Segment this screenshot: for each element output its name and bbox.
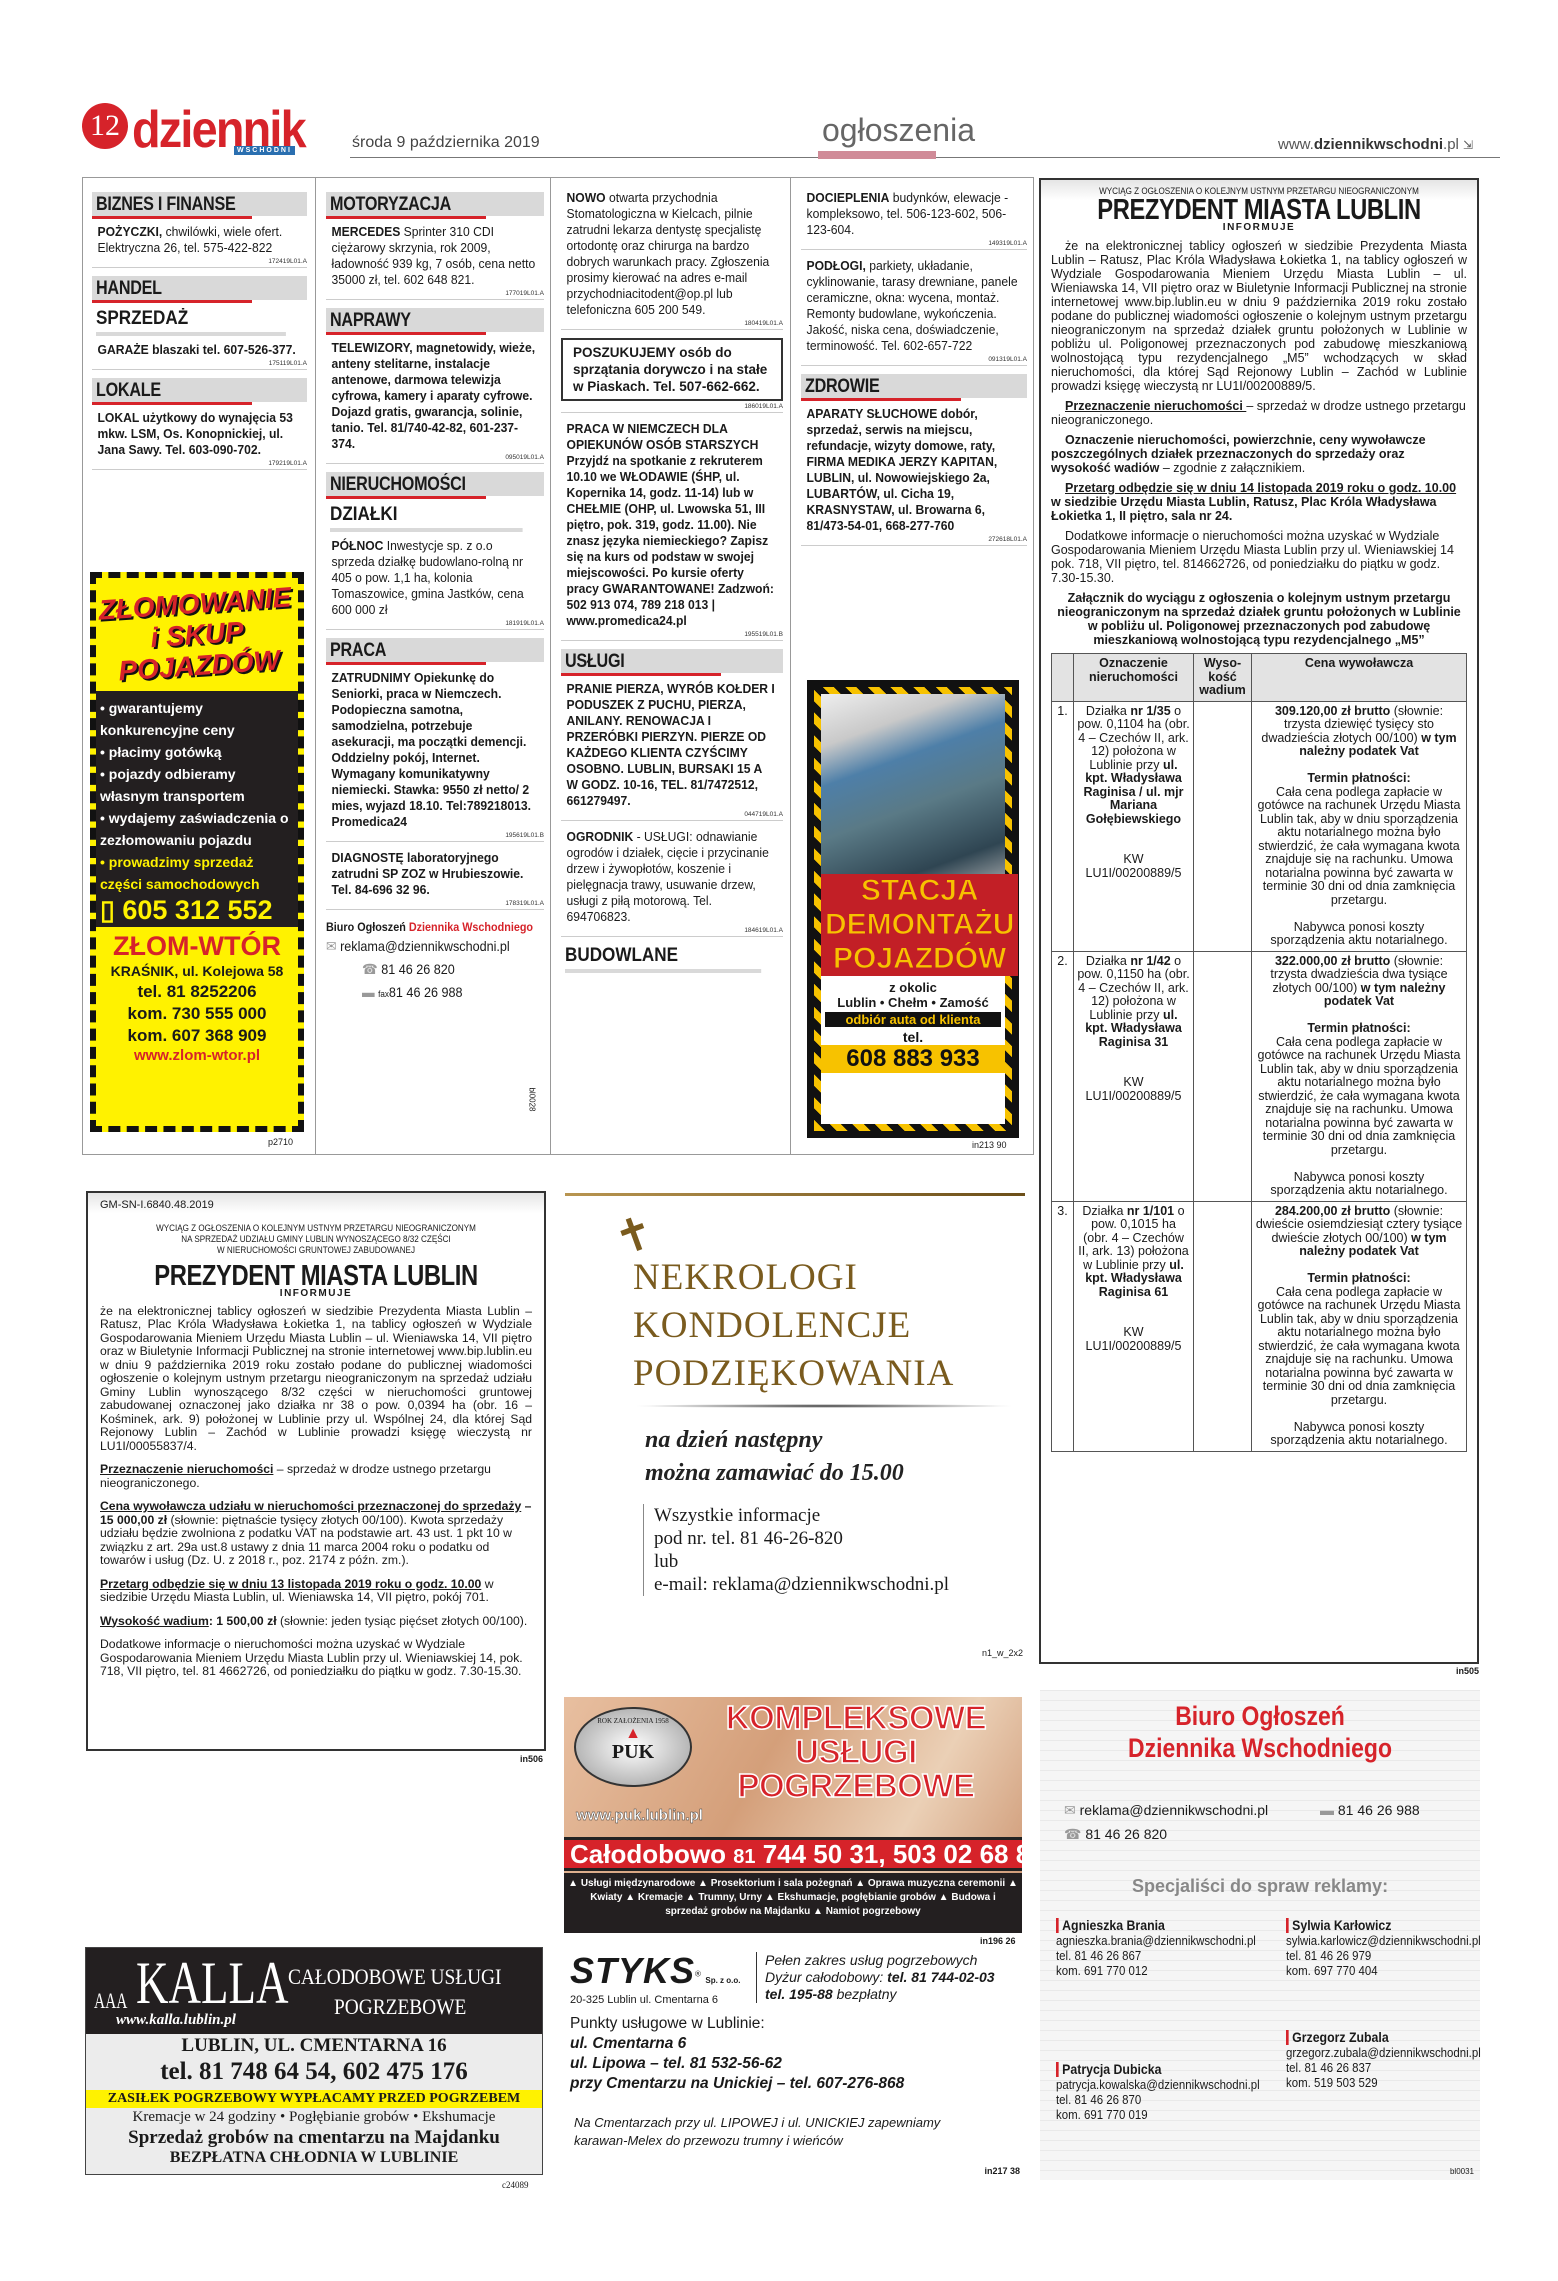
column-divider (550, 177, 551, 1155)
issue-date: środa 9 października 2019 (352, 134, 540, 152)
paragraph-text: – zgodnie z załącznikiem. (1159, 461, 1305, 475)
zlom-tel: tel. 81 8252206 (96, 981, 298, 1003)
announcement-title: PREZYDENT MIASTA LUBLIN (139, 1270, 493, 1284)
announcement-kicker: NA SPRZEDAŻ UDZIAŁU GMINY LUBLIN WYNOSZĄ… (122, 1234, 511, 1245)
stacja-phone: 608 883 933 (821, 1045, 1005, 1073)
column-2: MOTORYZACJA MERCEDES Sprinter 310 CDI ci… (326, 192, 544, 1000)
zlom-address: KRAŚNIK, ul. Kolejowa 58 (96, 962, 298, 981)
specialist-kom: kom. 691 770 012 (1056, 1963, 1256, 1978)
category-header: USŁUGI (561, 649, 783, 673)
ad-text: otwarta przychodnia Stomatologiczna w Ki… (567, 190, 770, 317)
ad-code: 195519L01.B (561, 631, 783, 641)
company-suffix: Sp. z o.o. (705, 1976, 740, 1985)
classified-ad: PRANIE PIERZA, WYRÓB KOŁDER I PODUSZEK Z… (561, 681, 782, 809)
bar-label: Całodobowo (570, 1839, 726, 1869)
specialist-kom: kom. 519 503 529 (1286, 2075, 1481, 2090)
classified-ad: PRACA W NIEMCZECH DLA OPIEKUNÓW OSÓB STA… (561, 421, 782, 629)
fax-label: fax (378, 989, 389, 999)
specialists-heading: Specjaliści do spraw reklamy: (1040, 1876, 1480, 1897)
announcement-paragraph: Przetarg odbędzie się w dniu 14 listopad… (1051, 481, 1467, 523)
classified-ad: APARATY SŁUCHOWE dobór, sprzedaż, serwis… (801, 406, 1026, 534)
category-title: USŁUGI (565, 651, 624, 673)
ad-code: 177019L01.A (326, 290, 544, 300)
wadium (1194, 701, 1252, 951)
category-header: NAPRAWY (326, 308, 544, 332)
page-number: 12 (82, 103, 128, 149)
classified-ad: DOCIEPLENIA budynków, elewacje - komplek… (801, 190, 1026, 238)
biuro-title: Biuro Ogłoszeń (326, 920, 409, 934)
announcement-paragraph: Oznaczenie nieruchomości, powierzchnie, … (1051, 433, 1467, 475)
announcement-kicker: W NIERUCHOMOŚCI GRUNTOWEJ ZABUDOWANEJ (122, 1245, 511, 1256)
points-heading: Punkty usługowe w Lublinie: (570, 2014, 904, 2034)
scrapyard-photo (821, 694, 1005, 894)
kalla-line: BEZPŁATNA CHŁODNIA W LUBLINIE (86, 2148, 542, 2167)
gold-divider (565, 1193, 1025, 1196)
specialist-email[interactable]: patrycja.kowalska@dziennikwschodni.pl (1056, 2077, 1260, 2092)
newspaper-logo-sub: WSCHODNI (234, 146, 295, 155)
classified-ad: PÓŁNOC Inwestycje sp. z o.o sprzeda dzia… (326, 538, 543, 618)
col-header: Cena wywoławcza (1252, 654, 1467, 702)
category-title: BIZNES I FINANSE (96, 194, 235, 216)
cursor-icon: ⇲ (1463, 138, 1473, 152)
category-header: ZDROWIE (801, 374, 1027, 398)
puk-services: ▲ Usługi międzynarodowe ▲ Prosektorium i… (564, 1873, 1022, 1933)
payment-terms-heading: Termin płatności: (1307, 771, 1410, 785)
benefit-item: • pojazdy odbieramy własnym transportem (100, 763, 294, 807)
paragraph-emphasis: Przeznaczenie nieruchomości (1065, 399, 1246, 413)
specialist-name: Patrycja Dubicka (1056, 2062, 1260, 2077)
category-title: PRACA (330, 640, 386, 662)
specialist-kom: kom. 697 770 404 (1286, 1963, 1481, 1978)
zlom-company-name: ZŁOM-WTÓR (96, 931, 298, 962)
telephone-icon: ☎ (362, 961, 378, 977)
ad-lead: POŻYCZKI, (98, 224, 163, 239)
ad-lead: PODŁOGI, (807, 258, 866, 273)
announcement-paragraph: Przeznaczenie nieruchomości – sprzedaż w… (1051, 399, 1467, 427)
stacja-cities: Lublin • Chełm • Zamość (821, 995, 1005, 1010)
specialist-card: Patrycja Dubicka patrycja.kowalska@dzien… (1056, 2062, 1260, 2122)
payment-terms: Cała cena podlega zapłacie w gotówce na … (1258, 1285, 1461, 1407)
costs-note: Nabywca ponosi koszty sporządzenia aktu … (1270, 1170, 1447, 1198)
kalla-services: CAŁODOBOWE USŁUGI (288, 1964, 501, 1990)
ad-code: 178319L01.A (326, 900, 544, 910)
classified-ad: TELEWIZORY, magnetowidy, wieże, anteny s… (326, 340, 543, 452)
ad-code: in196 26 (980, 1936, 1016, 1946)
puk-title-line: POGRZEBOWE (696, 1769, 1016, 1803)
ad-code: 272618L01.A (801, 536, 1027, 546)
ad-code: bl0031 (1450, 2167, 1474, 2176)
biuro-title-red: Dziennika Wschodniego (409, 920, 533, 934)
announcement-kicker: WYCIĄG Z OGŁOSZENIA O KOLEJNYM USTNYM PR… (122, 1223, 511, 1234)
subcategory-title: SPRZEDAŻ (96, 308, 286, 336)
price: 284.200,00 zł brutto (1275, 1204, 1390, 1218)
announcement-paragraph: Przeznaczenie nieruchomości – sprzedaż w… (100, 1463, 532, 1490)
prezydent-announcement-left: GM-SN-I.6840.48.2019 WYCIĄG Z OGŁOSZENIA… (86, 1191, 546, 1751)
stacja-pickup: odbiór auta od klienta (825, 1012, 1001, 1027)
kalla-header: AAA KALLA www.kalla.lublin.pl CAŁODOBOWE… (86, 1948, 542, 2034)
ad-code: 149319L01.A (801, 240, 1027, 250)
boxed-ad: POSZUKUJEMY osób do sprzątania dorywczo … (561, 338, 783, 401)
fax-icon: ▬ (1320, 1802, 1334, 1818)
biuro-phone: 81 46 26 820 (381, 961, 455, 977)
mobile-phone-icon: ▯ (100, 895, 115, 925)
payment-terms: Cała cena podlega zapłacie w gotówce na … (1258, 785, 1461, 907)
styks-phone: tel. 195-88 (765, 1986, 833, 2002)
nekrologi-line: KONDOLENCJE (633, 1302, 1025, 1350)
puk-title: KOMPLEKSOWEUSŁUGIPOGRZEBOWE (696, 1701, 1016, 1803)
wadium (1194, 1201, 1252, 1451)
contact-line: Wszystkie informacje (654, 1504, 1025, 1527)
announcement-paragraph: Dodatkowe informacje o nieruchomości moż… (100, 1638, 532, 1679)
column-1: BIZNES I FINANSE POŻYCZKI, chwilówki, wi… (92, 192, 307, 478)
zlom-kom: kom. 730 555 000 (96, 1003, 298, 1025)
biuro-fax: 81 46 26 988 (1338, 1802, 1420, 1818)
nekrologi-ad: ✝ NEKROLOGI KONDOLENCJE PODZIĘKOWANIA na… (565, 1190, 1025, 1660)
specialist-name: Grzegorz Zubala (1286, 2030, 1481, 2045)
plot-description: Działka nr 1/101 o pow. 0,1015 ha (obr. … (1074, 1201, 1194, 1451)
category-header: MOTORYZACJA (326, 192, 544, 216)
announcement-paragraph: że na elektronicznej tablicy ogłoszeń w … (100, 1305, 532, 1454)
envelope-icon: ✉ (1064, 1802, 1076, 1818)
col-header (1052, 654, 1074, 702)
stacja-demontazu-ad: STACJADEMONTAŻUPOJAZDÓW z okolic Lublin … (807, 680, 1019, 1138)
classified-ad: LOKAL użytkowy do wynajęcia 53 mkw. LSM,… (92, 410, 306, 458)
category-header: PRACA (326, 638, 544, 662)
ad-code: in505 (1456, 1666, 1479, 1676)
service-point: przy Cmentarzu na Unickiej – tel. 607-27… (570, 2074, 904, 2094)
url-domain: dziennikwschodni (1314, 136, 1443, 153)
styks-line: Dyżur całodobowy: (765, 1969, 887, 1985)
nekrologi-deadline: na dzień następny można zamawiać do 15.0… (645, 1424, 1025, 1490)
kalla-body: LUBLIN, UL. CMENTARNA 16 tel. 81 748 64 … (86, 2034, 542, 2174)
classified-ad: POŻYCZKI, chwilówki, wiele ofert. Elektr… (92, 224, 306, 256)
kalla-address: LUBLIN, UL. CMENTARNA 16 (86, 2034, 542, 2058)
ad-headline: PRACA W NIEMCZECH DLA OPIEKUNÓW OSÓB STA… (567, 421, 777, 453)
ad-code: 181919L01.A (326, 620, 544, 630)
zlom-phone: ▯ 605 312 552 (100, 899, 294, 921)
row-number: 3. (1052, 1201, 1074, 1451)
ad-code: p2710 (268, 1137, 293, 1147)
announcement-paragraph: Wysokość wadium: 1 500,00 zł (słownie: j… (100, 1615, 532, 1629)
styks-phone: tel. 81 744-02-03 (887, 1969, 994, 1985)
specialist-tel: tel. 81 46 26 837 (1286, 2060, 1481, 2075)
paragraph-emphasis: Przetarg odbędzie się w dniu 14 listopad… (1065, 481, 1456, 495)
ad-code: in213 90 (972, 1140, 1007, 1150)
shadow-divider (633, 1404, 1015, 1408)
envelope-icon: ✉ (326, 938, 337, 954)
styks-logo: STYKS (570, 1950, 695, 1991)
biuro-fax-row: ▬ 81 46 26 988 (1320, 1802, 1420, 1818)
paragraph-emphasis: Wysokość wadium (100, 1614, 209, 1628)
puk-logo: ROK ZAŁOŻENIA 1958 ▲ PUK (574, 1707, 692, 1787)
specialist-card: Sylwia Karłowicz sylwia.karlowicz@dzienn… (1286, 1918, 1481, 1978)
puk-title-line: KOMPLEKSOWE (696, 1701, 1016, 1735)
zlom-benefits: • gwarantujemy konkurencyjne ceny • płac… (96, 691, 298, 927)
announcement-paragraph: że na elektronicznej tablicy ogłoszeń w … (1051, 239, 1467, 393)
wadium (1194, 951, 1252, 1201)
ad-code: n1_w_2x2 (982, 1648, 1023, 1658)
ad-code: 184619L01.A (561, 927, 783, 937)
classified-ad: MERCEDES Sprinter 310 CDI ciężarowy skrz… (326, 224, 543, 288)
service-point: ul. Lipowa – tel. 81 532-56-62 (570, 2054, 904, 2074)
plot-number: nr 1/35 (1130, 704, 1170, 718)
kalla-funeral-ad: AAA KALLA www.kalla.lublin.pl CAŁODOBOWE… (85, 1947, 543, 2175)
specialist-email[interactable]: agnieszka.brania@dziennikwschodni.pl (1056, 1933, 1256, 1948)
biuro-ogloszen-ad: Biuro Ogłoszeń Dziennika Wschodniego ✉ r… (1040, 1690, 1480, 2180)
payment-terms-heading: Termin płatności: (1307, 1271, 1410, 1285)
category-header: BIZNES I FINANSE (92, 192, 307, 216)
classified-ad: PODŁOGI, parkiety, układanie, cyklinowan… (801, 258, 1026, 354)
cell-text: Działka (1086, 704, 1130, 718)
styks-points: Punkty usługowe w Lublinie: ul. Cmentarn… (570, 2014, 904, 2094)
land-register: KW LU1I/00200889/5 (1086, 1325, 1182, 1353)
stacja-title: STACJADEMONTAŻUPOJAZDÓW (821, 874, 1018, 976)
nekrologi-line: NEKROLOGI (633, 1254, 1025, 1302)
kalla-services: POGRZEBOWE (334, 1994, 466, 2020)
kalla-aaa: AAA (94, 1988, 127, 2014)
land-register: KW LU1I/00200889/5 (1086, 1075, 1182, 1103)
biuro-email-row: ✉ reklama@dziennikwschodni.pl (1064, 1802, 1268, 1819)
registered-mark: ® (695, 1970, 701, 1979)
cell-text: Działka (1086, 954, 1130, 968)
specialist-card: Agnieszka Brania agnieszka.brania@dzienn… (1056, 1918, 1256, 1978)
kalla-line: Sprzedaż grobów na cmentarzu na Majdanku (86, 2127, 542, 2148)
service-point: ul. Cmentarna 6 (570, 2034, 904, 2054)
ad-lead: POSZUKUJEMY (573, 345, 676, 360)
puk-funeral-ad: ROK ZAŁOŻENIA 1958 ▲ PUK KOMPLEKSOWEUSŁU… (564, 1697, 1022, 1933)
row-number: 2. (1052, 951, 1074, 1201)
wadium-amount: : 1 500,00 zł (209, 1614, 277, 1628)
logo-arc-text: ROK ZAŁOŻENIA 1958 (576, 1717, 690, 1725)
category-header: HANDEL (92, 276, 307, 300)
ad-code: bl0028 (528, 1087, 537, 1111)
website-link[interactable]: www.dziennikwschodni.pl ⇲ (1278, 136, 1473, 153)
costs-note: Nabywca ponosi koszty sporządzenia aktu … (1270, 920, 1447, 948)
styks-contact: Pełen zakres usług pogrzebowych Dyżur ca… (756, 1952, 995, 2003)
biuro-email[interactable]: reklama@dziennikwschodni.pl (340, 938, 510, 954)
styks-address: 20-325 Lublin ul. Cmentarna 6 (570, 1994, 745, 2006)
biuro-title: Biuro Ogłoszeń (1073, 1700, 1447, 1732)
specialist-tel: tel. 81 46 26 979 (1286, 1948, 1481, 1963)
announcement-paragraph: Przetarg odbędzie się w dniu 13 listopad… (100, 1578, 532, 1605)
ad-code: 195619L01.B (326, 832, 544, 842)
col-header: Wyso-kość wadium (1194, 654, 1252, 702)
benefit-item: • wydajemy zaświadczenia o zezłomowaniu … (100, 807, 294, 851)
styks-line: bezpłatny (833, 1986, 897, 2002)
deadline-line: na dzień następny (645, 1424, 1025, 1457)
reference-number: GM-SN-I.6840.48.2019 (100, 1199, 532, 1213)
kalla-website[interactable]: www.kalla.lublin.pl (116, 2012, 236, 2029)
styks-note: Na Cmentarzach przy ul. LIPOWEJ i ul. UN… (574, 2114, 994, 2150)
plot-description: Działka nr 1/35 o pow. 0,1104 ha (obr. 4… (1074, 701, 1194, 951)
paragraph-emphasis: Cena wywoławcza udziału w nieruchomości … (100, 1499, 521, 1513)
fax-icon: ▬ (362, 984, 375, 1000)
category-title: ZDROWIE (805, 376, 879, 398)
ad-code: 172419L01.A (92, 258, 307, 268)
bar-numbers: 744 50 31, 503 02 68 83 (763, 1839, 1045, 1869)
deadline-line: można zamawiać do 15.00 (645, 1457, 1025, 1490)
plots-table: Oznaczenie nieruchomości Wyso-kość wadiu… (1051, 653, 1467, 1452)
biuro-phone-row: ☎ 81 46 26 820 (1064, 1826, 1167, 1843)
specialist-tel: tel. 81 46 26 867 (1056, 1948, 1256, 1963)
category-title: NAPRAWY (330, 310, 411, 332)
classified-ad: ZATRUDNIMY Opiekunkę do Seniorki, praca … (326, 670, 543, 830)
category-title: MOTORYZACJA (330, 194, 451, 216)
table-row: 3. Działka nr 1/101 o pow. 0,1015 ha (ob… (1052, 1201, 1467, 1451)
paragraph-emphasis: Przetarg odbędzie się w dniu 13 listopad… (100, 1577, 481, 1591)
specialist-card: Grzegorz Zubala grzegorz.zubala@dziennik… (1286, 2030, 1481, 2090)
prezydent-announcement-right: WYCIĄG Z OGŁOSZENIA O KOLEJNYM USTNYM PR… (1039, 178, 1479, 1664)
contact-line: pod nr. tel. 81 46-26-820 (654, 1527, 1025, 1550)
price-cell: 322.000,00 zł brutto (słownie: trzysta d… (1252, 951, 1467, 1201)
styks-line: Pełen zakres usług pogrzebowych (765, 1952, 995, 1969)
styks-logo-block: STYKS® Sp. z o.o. 20-325 Lublin ul. Cmen… (570, 1950, 745, 2006)
kalla-zasilek: ZASIŁEK POGRZEBOWY WYPŁACAMY PRZED POGRZ… (86, 2090, 542, 2108)
price-cell: 309.120,00 zł brutto (słownie: trzysta d… (1252, 701, 1467, 951)
column-divider (315, 177, 316, 1155)
biuro-phone: 81 46 26 820 (1085, 1826, 1167, 1842)
biuro-title: Dziennika Wschodniego (1073, 1732, 1447, 1764)
ad-code: 175119L01.A (92, 360, 307, 370)
zlom-title: ZŁOMOWANIEi SKUPPOJAZDÓW (93, 581, 301, 688)
bar-prefix: 81 (733, 1846, 755, 1868)
specialist-name: Agnieszka Brania (1056, 1918, 1256, 1933)
zlom-website[interactable]: www.zlom-wtor.pl (96, 1047, 298, 1064)
specialist-email[interactable]: grzegorz.zubala@dziennikwschodni.pl (1286, 2045, 1481, 2060)
biuro-email[interactable]: reklama@dziennikwschodni.pl (1080, 1802, 1269, 1818)
column-4: DOCIEPLENIA budynków, elewacje - komplek… (801, 190, 1027, 554)
col-header: Oznaczenie nieruchomości (1074, 654, 1194, 702)
puk-phone-bar: Całodobowo 81 744 50 31, 503 02 68 83 (564, 1837, 1022, 1871)
subcategory-title: DZIAŁKI (330, 504, 523, 532)
paragraph-text: w siedzibie Urzędu Miasta Lublin, Ratusz… (1051, 495, 1437, 523)
stacja-title-line: STACJA (825, 874, 1014, 908)
ad-code: 044719L01.A (561, 811, 783, 821)
contact-line: lub (654, 1550, 1025, 1573)
plot-description: Działka nr 1/42 o pow. 0,1150 ha (obr. 4… (1074, 951, 1194, 1201)
specialist-kom: kom. 691 770 019 (1056, 2107, 1260, 2122)
zlom-wtor-ad: ZŁOMOWANIEi SKUPPOJAZDÓW • gwarantujemy … (90, 572, 304, 1132)
costs-note: Nabywca ponosi koszty sporządzenia aktu … (1270, 1420, 1447, 1448)
puk-title-line: USŁUGI (696, 1735, 1016, 1769)
payment-terms: Cała cena podlega zapłacie w gotówce na … (1258, 1035, 1461, 1157)
specialist-name: Sylwia Karłowicz (1286, 1918, 1481, 1933)
stacja-title-line: DEMONTAŻU (825, 908, 1014, 942)
url-prefix: www. (1278, 136, 1314, 153)
nekrologi-line: PODZIĘKOWANIA (633, 1350, 1025, 1398)
telephone-icon: ☎ (1064, 1826, 1081, 1842)
styks-funeral-ad: STYKS® Sp. z o.o. 20-325 Lublin ul. Cmen… (568, 1950, 1026, 2190)
price: 309.120,00 zł brutto (1275, 704, 1390, 718)
classified-ad: NOWO otwarta przychodnia Stomatologiczna… (561, 190, 782, 318)
ad-text: Przyjdź na spotkanie z rekruterem 10.10 … (567, 453, 777, 629)
kalla-phone: tel. 81 748 64 54, 602 475 176 (86, 2058, 542, 2086)
benefit-item: • płacimy gotówką (100, 741, 294, 763)
contact-email[interactable]: e-mail: reklama@dziennikwschodni.pl (654, 1573, 1025, 1596)
category-header: NIERUCHOMOŚCI (326, 472, 544, 496)
stacja-tel-label: tel. (821, 1029, 1005, 1045)
specialist-email[interactable]: sylwia.karlowicz@dziennikwschodni.pl (1286, 1933, 1481, 1948)
column-divider (790, 177, 791, 1155)
biuro-fax: 81 46 26 988 (389, 984, 463, 1000)
ad-code: 180419L01.A (561, 320, 783, 330)
land-register: KW LU1I/00200889/5 (1086, 852, 1182, 880)
table-header-row: Oznaczenie nieruchomości Wyso-kość wadiu… (1052, 654, 1467, 702)
stacja-sub: z okolic (821, 980, 1005, 995)
column-3: NOWO otwarta przychodnia Stomatologiczna… (561, 190, 783, 979)
nekrologi-contact: Wszystkie informacje pod nr. tel. 81 46-… (643, 1504, 1025, 1596)
phone-number: 605 312 552 (122, 895, 272, 925)
payment-terms-heading: Termin płatności: (1307, 1021, 1410, 1035)
kalla-name: KALLA (136, 1950, 288, 2016)
ad-code: 091319L01.A (801, 356, 1027, 366)
table-row: 2. Działka nr 1/42 o pow. 0,1150 ha (obr… (1052, 951, 1467, 1201)
stacja-title-line: POJAZDÓW (825, 942, 1014, 976)
puk-website[interactable]: www.puk.lublin.pl (576, 1807, 703, 1824)
plot-number: nr 1/42 (1130, 954, 1170, 968)
price-cell: 284.200,00 zł brutto (słownie: dwieście … (1252, 1201, 1467, 1451)
ad-lead: DOCIEPLENIA (807, 190, 890, 205)
stacja-inner: STACJADEMONTAŻUPOJAZDÓW z okolic Lublin … (821, 694, 1005, 1124)
category-header: LOKALE (92, 378, 307, 402)
url-suffix: .pl (1443, 136, 1459, 153)
ad-code: in506 (520, 1754, 543, 1764)
logo-text: PUK (576, 1743, 690, 1761)
ad-code: 179219L01.A (92, 460, 307, 470)
classified-ad: DIAGNOSTĘ laboratoryjnego zatrudni SP ZO… (326, 850, 543, 898)
kalla-line: Kremacje w 24 godziny • Pogłębianie grob… (86, 2108, 542, 2127)
nekrologi-headings: NEKROLOGI KONDOLENCJE PODZIĘKOWANIA (633, 1254, 1025, 1398)
ad-code: in217 38 (984, 2166, 1020, 2176)
section-title: ogłoszenia (822, 112, 975, 149)
category-title: LOKALE (96, 380, 161, 402)
announcement-paragraph: Załącznik do wyciągu z ogłoszenia o kole… (1051, 591, 1467, 647)
ad-lead: MERCEDES (332, 224, 401, 239)
announcement-title: PREZYDENT MIASTA LUBLIN (1088, 203, 1429, 217)
paragraph-text: (słownie: jeden tysiąc pięćset złotych 0… (277, 1614, 528, 1628)
category-header: BUDOWLANE (565, 945, 761, 973)
ad-lead: NOWO (567, 190, 606, 205)
benefit-item: • gwarantujemy konkurencyjne ceny (100, 697, 294, 741)
price: 322.000,00 zł brutto (1275, 954, 1390, 968)
ad-code: c24089 (502, 2180, 529, 2190)
category-title: HANDEL (96, 278, 162, 300)
announcement-paragraph: Dodatkowe informacje o nieruchomości moż… (1051, 529, 1467, 585)
ad-code: 095019L01.A (326, 454, 544, 464)
cell-text: Działka (1082, 1204, 1126, 1218)
table-row: 1. Działka nr 1/35 o pow. 0,1104 ha (obr… (1052, 701, 1467, 951)
plot-number: nr 1/101 (1127, 1204, 1174, 1218)
zlom-kom: kom. 607 368 909 (96, 1025, 298, 1047)
classified-ad: OGRODNIK - USŁUGI: odnawianie ogrodów i … (561, 829, 782, 925)
specialist-tel: tel. 81 46 26 870 (1056, 2092, 1260, 2107)
benefit-item: • prowadzimy sprzedaż części samochodowy… (100, 851, 294, 895)
biuro-mini: Biuro Ogłoszeń Dziennika Wschodniego ✉ r… (326, 920, 542, 1000)
classified-ad: GARAŻE blaszaki tel. 607-526-377. (92, 342, 306, 358)
ad-code: 186019L01.A (561, 403, 783, 413)
ad-lead: PÓŁNOC (332, 538, 384, 553)
row-number: 1. (1052, 701, 1074, 951)
category-title: NIERUCHOMOŚCI (330, 474, 466, 496)
ad-lead: OGRODNIK (567, 829, 634, 844)
announcement-paragraph: Cena wywoławcza udziału w nieruchomości … (100, 1500, 532, 1568)
paragraph-emphasis: Przeznaczenie nieruchomości (100, 1462, 273, 1476)
section-title-bar (818, 151, 936, 159)
